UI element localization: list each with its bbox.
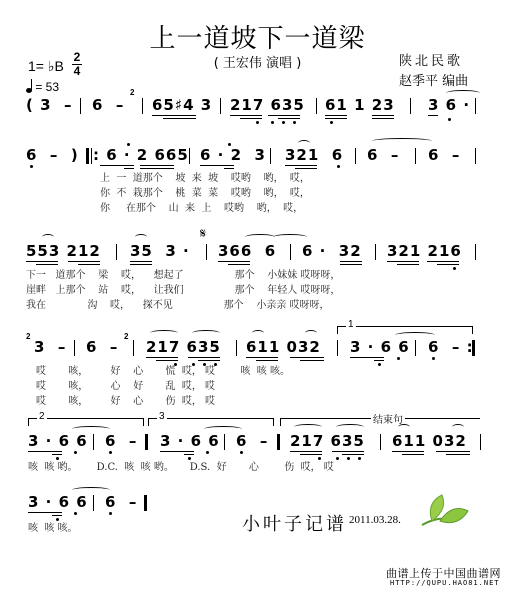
low-octave-dot: [74, 512, 77, 515]
low-octave-dot: [109, 451, 112, 454]
underline: [52, 454, 62, 455]
low-octave-dot: [432, 357, 435, 360]
notes: 217 635: [230, 96, 305, 114]
barline: [91, 148, 92, 164]
notes: 3 · 6 6: [350, 338, 410, 356]
notes: ( 3 –: [26, 96, 72, 114]
notes: 3 · 6 6: [28, 493, 88, 511]
barline: [74, 340, 75, 356]
notes: 611 032: [392, 432, 467, 450]
underline: [163, 118, 196, 119]
barline: [375, 244, 376, 260]
low-octave-dot: [240, 451, 243, 454]
double-bar: [145, 434, 148, 450]
barline: [355, 148, 356, 164]
underline: [392, 451, 424, 452]
underline: [160, 451, 194, 452]
barline: [270, 148, 271, 164]
tie-arc: [245, 234, 275, 240]
underline: [198, 360, 220, 361]
underline: [350, 357, 384, 358]
slur-arc: [336, 424, 364, 430]
underline: [342, 454, 364, 455]
underline: [387, 261, 419, 262]
lyric-verse-2: 崖畔 上那个 站 哎， 让我们 那个 年轻人 哎呀呀，: [26, 281, 340, 296]
slur-arc: [305, 330, 317, 336]
underline: [256, 360, 278, 361]
notes: 366 6: [218, 242, 276, 260]
underline: [290, 451, 322, 452]
grace-note: 2: [26, 332, 30, 341]
slur-arc: [135, 234, 147, 240]
repeat-end-bar: [472, 340, 475, 356]
barline: [475, 148, 476, 164]
volta-number: 3: [157, 411, 167, 422]
notes: 217 635: [146, 338, 221, 356]
low-octave-dot: [271, 121, 274, 124]
repeat-start-bar: [86, 148, 89, 164]
notes: 6 –: [92, 96, 124, 114]
time-signature: 2 4: [72, 52, 82, 77]
underline: [28, 451, 62, 452]
low-octave-dot: [397, 357, 400, 360]
grace-note: 2: [124, 332, 128, 341]
underline: [428, 115, 438, 116]
underline: [427, 261, 459, 262]
underline: [230, 115, 262, 116]
low-octave-dot: [336, 457, 339, 460]
underline: [78, 264, 100, 265]
underline: [68, 261, 100, 262]
volta-number: 2: [37, 411, 47, 422]
low-octave-dot: [206, 451, 209, 454]
low-octave-dot: [330, 121, 333, 124]
underline: [152, 115, 196, 116]
underline: [402, 454, 424, 455]
underline: [397, 264, 419, 265]
notes: 6 –: [236, 432, 268, 450]
notes: 6 –: [86, 338, 118, 356]
underline: [218, 261, 250, 262]
underline: [246, 357, 278, 358]
notes: 321 216: [387, 242, 462, 260]
notes: 6 · 32: [302, 242, 362, 260]
leaf-icon: [418, 493, 470, 529]
notes: 3 6 ·: [428, 96, 470, 114]
tempo-value: = 53: [35, 80, 59, 94]
notes: 6 –: [428, 146, 460, 164]
notes: 35 3 ·: [130, 242, 190, 260]
low-octave-dot: [337, 165, 340, 168]
high-octave-dot: [127, 143, 130, 146]
underline: [28, 512, 62, 513]
source-url[interactable]: HTTP://QUPU.HAO81.NET: [390, 579, 500, 587]
underline: [200, 165, 234, 166]
lyric-verse-1: 上 一 道那个 坡 来 坡 哎哟 哟， 哎，: [100, 169, 310, 184]
quarter-note-icon: [26, 88, 32, 93]
barline: [316, 98, 317, 114]
barline: [93, 434, 94, 450]
underline: [340, 264, 362, 265]
barline: [224, 434, 225, 450]
lyric-verse-2: 哎 咳， 心 好 乱 哎， 哎: [36, 377, 215, 392]
underline: [325, 118, 347, 119]
tempo-marking: = 53: [26, 80, 59, 94]
underline: [100, 165, 134, 166]
notes: 6 – ): [26, 146, 79, 164]
underline: [146, 357, 178, 358]
underline: [188, 357, 220, 358]
notes: 3 –: [34, 338, 66, 356]
lyric-verse-2: 你 不 栽那个 桃 菜 菜 哎哟 哟， 哎，: [100, 184, 310, 199]
underline: [290, 357, 324, 358]
slur-arc: [42, 234, 54, 240]
barline: [116, 244, 117, 260]
underline: [228, 264, 250, 265]
underline: [240, 118, 262, 119]
underline: [437, 264, 459, 265]
slur-arc: [294, 424, 322, 430]
underline: [332, 451, 364, 452]
low-octave-dot: [282, 121, 285, 124]
underline: [130, 261, 152, 262]
notes: 321 6: [285, 146, 343, 164]
underline: [52, 515, 62, 516]
tie-arc: [273, 234, 307, 240]
barline: [415, 340, 416, 356]
volta-number: 1: [346, 319, 356, 330]
notes: 6 · 2 3: [200, 146, 266, 164]
notes: 61 1 23: [325, 96, 395, 114]
key-signature: 1= ♭B: [28, 58, 64, 75]
double-bar: [277, 434, 280, 450]
lyric-verse-1: 咳 咳 哟。 D.C. 咳 咳 哟。 D.S. 好 心 伤 哎， 哎: [28, 458, 334, 473]
barline: [475, 98, 476, 114]
barline: [93, 495, 94, 511]
barline: [480, 434, 481, 450]
low-octave-dot: [30, 165, 33, 168]
low-octave-dot: [109, 512, 112, 515]
lyric-verse-1: 咳 咳 咳。: [28, 519, 78, 534]
slur-arc: [398, 424, 410, 430]
notes: 6 –: [367, 146, 399, 164]
barline: [189, 148, 190, 164]
underline: [340, 261, 362, 262]
underline: [300, 454, 322, 455]
barline: [290, 244, 291, 260]
barline: [236, 340, 237, 356]
underline: [184, 454, 194, 455]
barline: [220, 98, 221, 114]
underline: [372, 118, 394, 119]
slur-arc: [452, 424, 464, 430]
lyric-verse-3: 哎 咳， 好 心 伤 哎， 哎: [36, 392, 215, 407]
low-octave-dot: [453, 267, 456, 270]
slur-arc: [192, 330, 220, 336]
notes: 611 032: [246, 338, 321, 356]
underline: [285, 165, 317, 166]
final-bar: [144, 495, 147, 511]
time-sig-top: 2: [72, 52, 82, 63]
origin-label: 陕北民歌: [399, 50, 463, 69]
underline: [325, 115, 347, 116]
low-octave-dot: [347, 457, 350, 460]
volta-bracket-2: 2: [28, 418, 144, 426]
slur-arc: [252, 330, 264, 336]
underline: [268, 115, 300, 116]
barline: [410, 98, 411, 114]
underline: [446, 454, 470, 455]
underline: [36, 264, 58, 265]
underline: [374, 360, 384, 361]
underline: [436, 451, 470, 452]
high-octave-dot: [228, 143, 231, 146]
low-octave-dot: [448, 118, 451, 121]
tie-arc: [446, 90, 480, 96]
time-sig-bottom: 4: [72, 66, 82, 77]
underline: [26, 261, 58, 262]
barline: [80, 98, 81, 114]
underline: [140, 165, 174, 166]
barline: [206, 244, 207, 260]
notes: : 6 · 2 665: [93, 146, 189, 164]
low-octave-dot: [293, 121, 296, 124]
notes: 6 –: [105, 493, 137, 511]
notes: 3 · 6 6: [28, 432, 88, 450]
lyric-verse-1: 下一 道那个 梁 哎， 想起了 那个 小妹妹 哎呀呀，: [26, 266, 340, 281]
notes: 553 212: [26, 242, 101, 260]
slur-arc: [150, 330, 178, 336]
low-octave-dot: [256, 121, 259, 124]
grace-note: 2: [130, 88, 134, 97]
transcription-date: 2011.03.28.: [349, 514, 401, 526]
low-octave-dot: [378, 363, 381, 366]
lyric-verse-1: 哎 咳， 好 心 慌 哎， 哎 咳 咳 咳。: [36, 362, 290, 377]
underline: [130, 264, 152, 265]
low-octave-dot: [358, 457, 361, 460]
volta-bracket-3: 3: [148, 418, 274, 426]
notes: 65♯4 3: [152, 96, 212, 114]
segno-icon: 𝄋: [200, 226, 206, 242]
underline: [156, 360, 178, 361]
lyric-verse-3: 你 在那个 山 来 上 哎哟 哟， 哎，: [100, 199, 303, 214]
notes: 217 635: [290, 432, 365, 450]
transcriber-signature: 小叶子记谱: [242, 510, 347, 536]
underline: [278, 118, 300, 119]
barline: [337, 340, 338, 356]
notes: 6 –: [105, 432, 137, 450]
barline: [133, 340, 134, 356]
underline: [372, 115, 394, 116]
underline: [300, 360, 324, 361]
barline: [475, 244, 476, 260]
barline: [415, 148, 416, 164]
slur-arc: [298, 140, 310, 146]
tie-arc: [372, 138, 432, 144]
low-octave-dot: [74, 451, 77, 454]
barline: [380, 434, 381, 450]
arranger-label: 赵季平 编曲: [399, 70, 468, 89]
notes: 6 – :: [428, 338, 474, 356]
barline: [142, 98, 143, 114]
lyric-verse-3: 我在 沟 哎， 探不见 那个 小亲亲 哎呀呀，: [26, 296, 330, 311]
notes: 3 · 6 6: [160, 432, 220, 450]
